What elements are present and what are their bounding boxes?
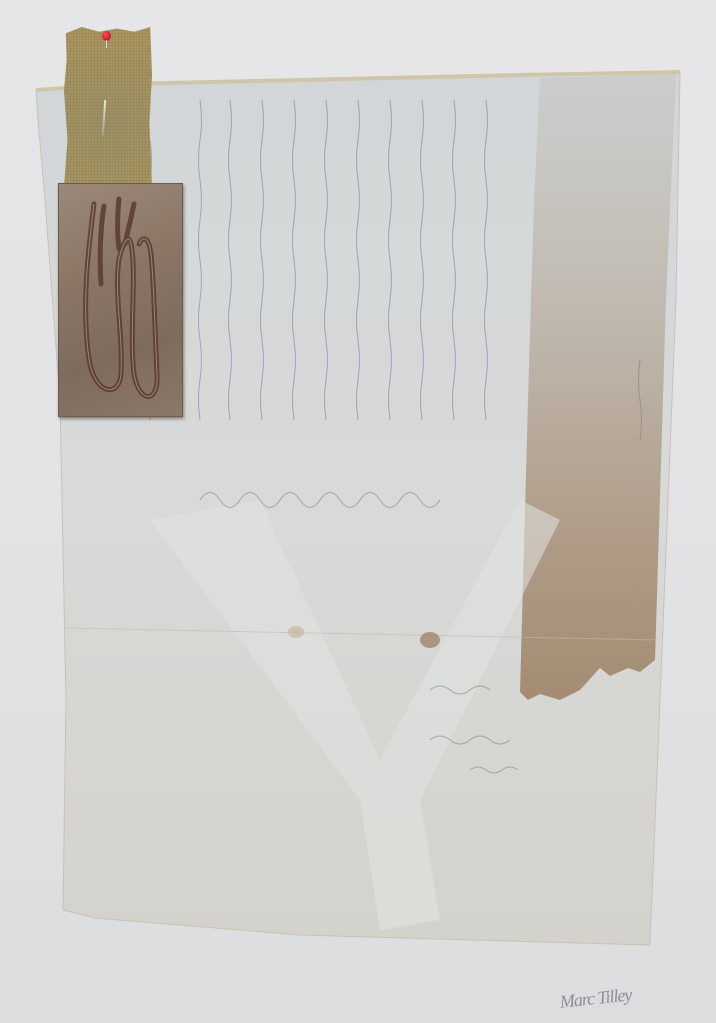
fabric-strip xyxy=(64,27,152,187)
etched-glyph xyxy=(59,184,182,416)
pin-shaft xyxy=(106,40,107,48)
artwork: Marc Tilley xyxy=(0,0,716,1023)
stain-spot xyxy=(288,626,304,638)
water-stain xyxy=(520,74,676,700)
stain-spot xyxy=(420,632,440,648)
etched-metal-plate xyxy=(58,183,183,417)
